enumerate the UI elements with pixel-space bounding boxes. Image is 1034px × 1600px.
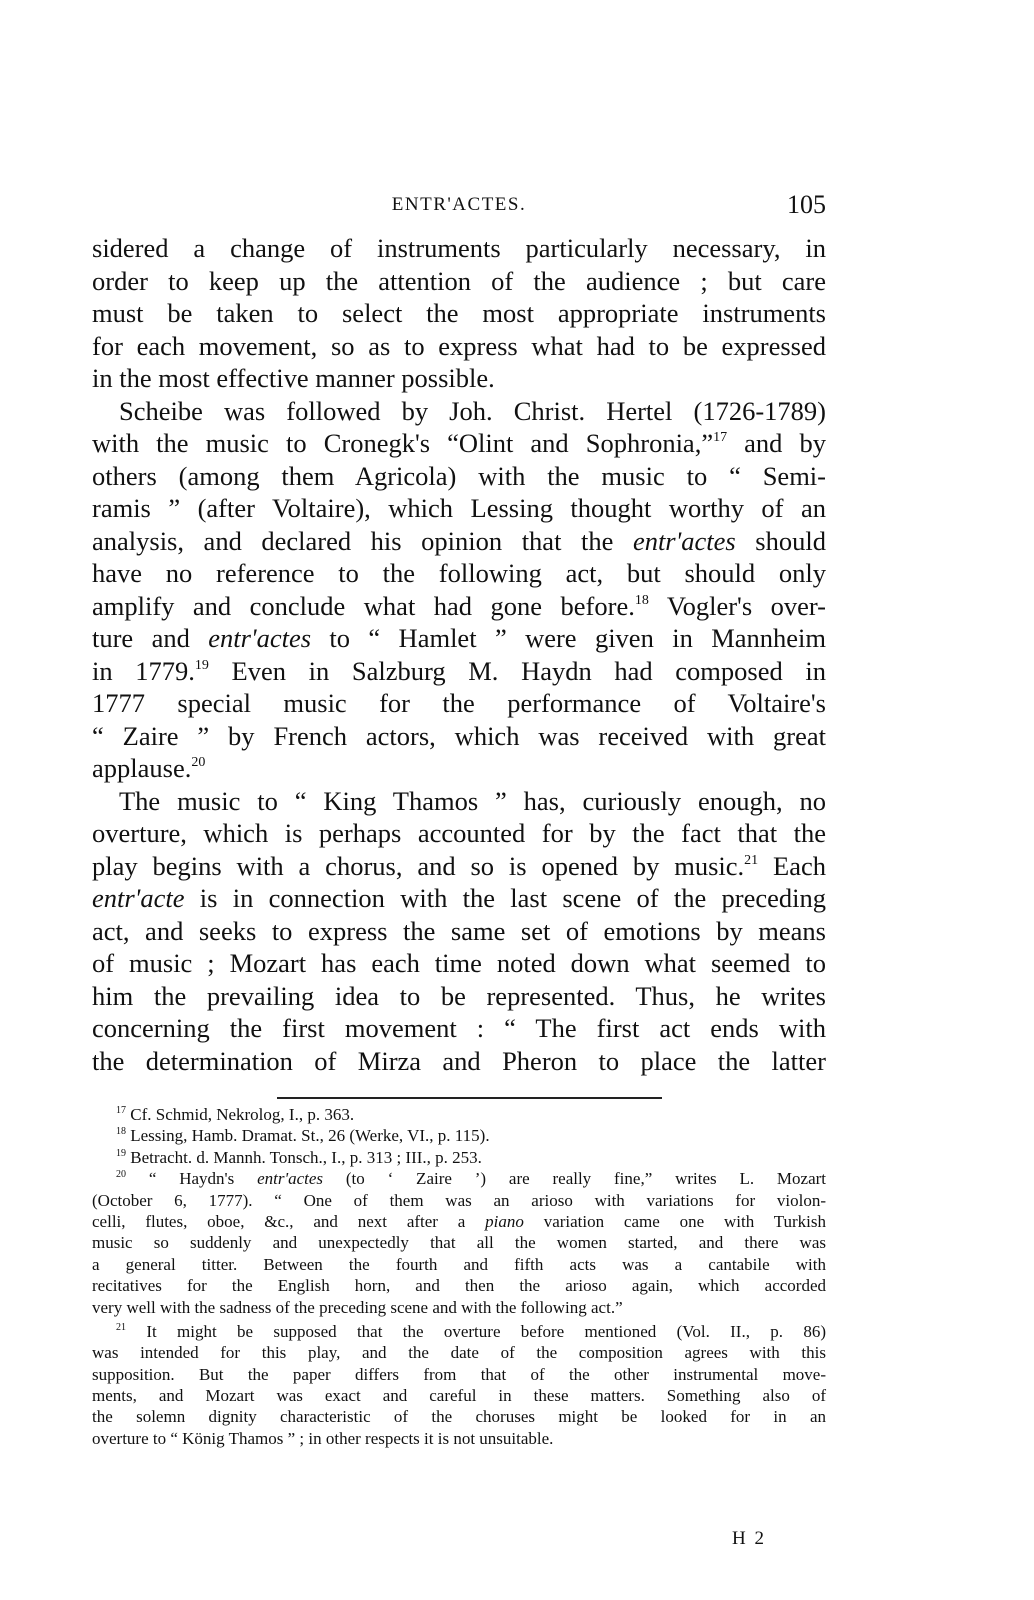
- footnote-line: a general titter. Between the fourth and…: [92, 1254, 826, 1275]
- footnote-number: 21: [116, 1322, 126, 1333]
- footnote-line: supposition. But the paper differs from …: [92, 1364, 826, 1385]
- footnote-ref[interactable]: 21: [744, 853, 758, 868]
- footnote-text: “ Haydn's: [149, 1169, 257, 1188]
- text-span: is in connection with the last scene of …: [200, 883, 826, 913]
- footnote-line: the solemn dignity characteristic of the…: [92, 1406, 826, 1427]
- footnote-18: 18 Lessing, Hamb. Dramat. St., 26 (Werke…: [92, 1125, 826, 1146]
- footnotes: 17 Cf. Schmid, Nekrolog, I., p. 363. 18 …: [92, 1104, 826, 1449]
- footnote-text: variation came one with Turkish: [524, 1212, 826, 1231]
- text-span: Each: [758, 851, 826, 881]
- text-line: order to keep up the attention of the au…: [92, 265, 826, 298]
- running-title: ENTR'ACTES.: [92, 194, 826, 216]
- text-line: of music ; Mozart has each time noted do…: [92, 947, 826, 980]
- footnote-ref[interactable]: 19: [195, 658, 209, 673]
- italic-term: entr'actes: [633, 526, 736, 556]
- text-span: play begins with a chorus, and so is ope…: [92, 851, 744, 881]
- page-number: 105: [787, 190, 826, 220]
- text-span: in 1779.: [92, 656, 195, 686]
- footnote-divider: [277, 1097, 662, 1099]
- footnote-line: music so suddenly and unexpectedly that …: [92, 1232, 826, 1253]
- footnote-19: 19 Betracht. d. Mannh. Tonsch., I., p. 3…: [92, 1147, 826, 1168]
- footnote-text: Betracht. d. Mannh. Tonsch., I., p. 313 …: [130, 1148, 482, 1167]
- footnote-ref[interactable]: 20: [191, 755, 205, 770]
- footnote-text: celli, flutes, oboe, &c., and next after…: [92, 1212, 485, 1231]
- text-span: with the music to Cronegk's “Olint and S…: [92, 428, 713, 458]
- text-span: applause.: [92, 753, 191, 783]
- footnote-20: 20 “ Haydn's entr'actes (to ‘ Zaire ’) a…: [92, 1168, 826, 1189]
- text-line: act, and seeks to express the same set o…: [92, 915, 826, 948]
- text-line: amplify and conclude what had gone befor…: [92, 590, 826, 623]
- text-line: him the prevailing idea to be represente…: [92, 980, 826, 1013]
- footnote-ref[interactable]: 17: [713, 430, 727, 445]
- text-line: analysis, and declared his opinion that …: [92, 525, 826, 558]
- text-line: entr'acte is in connection with the last…: [92, 882, 826, 915]
- text-line: applause.20: [92, 752, 826, 785]
- text-line: must be taken to select the most appropr…: [92, 297, 826, 330]
- text-span: and by: [727, 428, 826, 458]
- text-line: have no reference to the following act, …: [92, 557, 826, 590]
- text-line: in the most effective manner possible.: [92, 362, 826, 395]
- text-line: ramis ” (after Voltaire), which Lessing …: [92, 492, 826, 525]
- footnote-text: It might be supposed that the overture b…: [146, 1322, 826, 1341]
- running-head: ENTR'ACTES. 105: [92, 190, 826, 220]
- footnote-number: 17: [116, 1105, 126, 1116]
- text-line: Scheibe was followed by Joh. Christ. Her…: [92, 395, 826, 428]
- signature-mark: H 2: [732, 1528, 766, 1550]
- text-span: amplify and conclude what had gone befor…: [92, 591, 635, 621]
- footnote-17: 17 Cf. Schmid, Nekrolog, I., p. 363.: [92, 1104, 826, 1125]
- footnote-line: recitatives for the English horn, and th…: [92, 1275, 826, 1296]
- footnote-text: Cf. Schmid, Nekrolog, I., p. 363.: [130, 1105, 354, 1124]
- footnote-number: 18: [116, 1126, 126, 1137]
- text-span: ture and: [92, 623, 190, 653]
- footnote-line: was intended for this play, and the date…: [92, 1342, 826, 1363]
- footnote-text: (to ‘ Zaire ’) are really fine,” writes …: [323, 1169, 826, 1188]
- text-line: for each movement, so as to express what…: [92, 330, 826, 363]
- text-span: to “ Hamlet ” were given in Mannheim: [311, 623, 826, 653]
- main-text: sidered a change of instruments particul…: [92, 232, 826, 1077]
- text-line: 1777 special music for the performance o…: [92, 687, 826, 720]
- text-line: sidered a change of instruments particul…: [92, 232, 826, 265]
- text-span: Vogler's over-: [649, 591, 826, 621]
- footnote-line: celli, flutes, oboe, &c., and next after…: [92, 1211, 826, 1232]
- text-line: overture, which is perhaps accounted for…: [92, 817, 826, 850]
- footnote-number: 20: [116, 1169, 126, 1180]
- footnote-line: ments, and Mozart was exact and careful …: [92, 1385, 826, 1406]
- italic-term: piano: [485, 1212, 524, 1231]
- footnote-line: overture to “ König Thamos ” ; in other …: [92, 1428, 826, 1449]
- text-line: the determination of Mirza and Pheron to…: [92, 1045, 826, 1078]
- footnote-line: very well with the sadness of the preced…: [92, 1297, 826, 1318]
- text-line: others (among them Agricola) with the mu…: [92, 460, 826, 493]
- text-span: Even in Salzburg M. Haydn had composed i…: [209, 656, 826, 686]
- footnote-text: Lessing, Hamb. Dramat. St., 26 (Werke, V…: [130, 1126, 489, 1145]
- italic-term: entr'actes: [257, 1169, 323, 1188]
- italic-term: entr'acte: [92, 883, 185, 913]
- footnote-21: 21 It might be supposed that the overtur…: [92, 1321, 826, 1342]
- text-line: The music to “ King Thamos ” has, curiou…: [92, 785, 826, 818]
- text-line: with the music to Cronegk's “Olint and S…: [92, 427, 826, 460]
- italic-term: entr'actes: [208, 623, 311, 653]
- footnote-line: (October 6, 1777). “ One of them was an …: [92, 1190, 826, 1211]
- footnote-number: 19: [116, 1148, 126, 1159]
- text-line: play begins with a chorus, and so is ope…: [92, 850, 826, 883]
- book-page: ENTR'ACTES. 105 sidered a change of inst…: [0, 0, 1034, 1600]
- text-line: “ Zaire ” by French actors, which was re…: [92, 720, 826, 753]
- text-span: analysis, and declared his opinion that …: [92, 526, 613, 556]
- text-span: should: [736, 526, 826, 556]
- text-line: concerning the first movement : “ The fi…: [92, 1012, 826, 1045]
- text-line: ture and entr'actes to “ Hamlet ” were g…: [92, 622, 826, 655]
- text-line: in 1779.19 Even in Salzburg M. Haydn had…: [92, 655, 826, 688]
- footnote-ref[interactable]: 18: [635, 593, 649, 608]
